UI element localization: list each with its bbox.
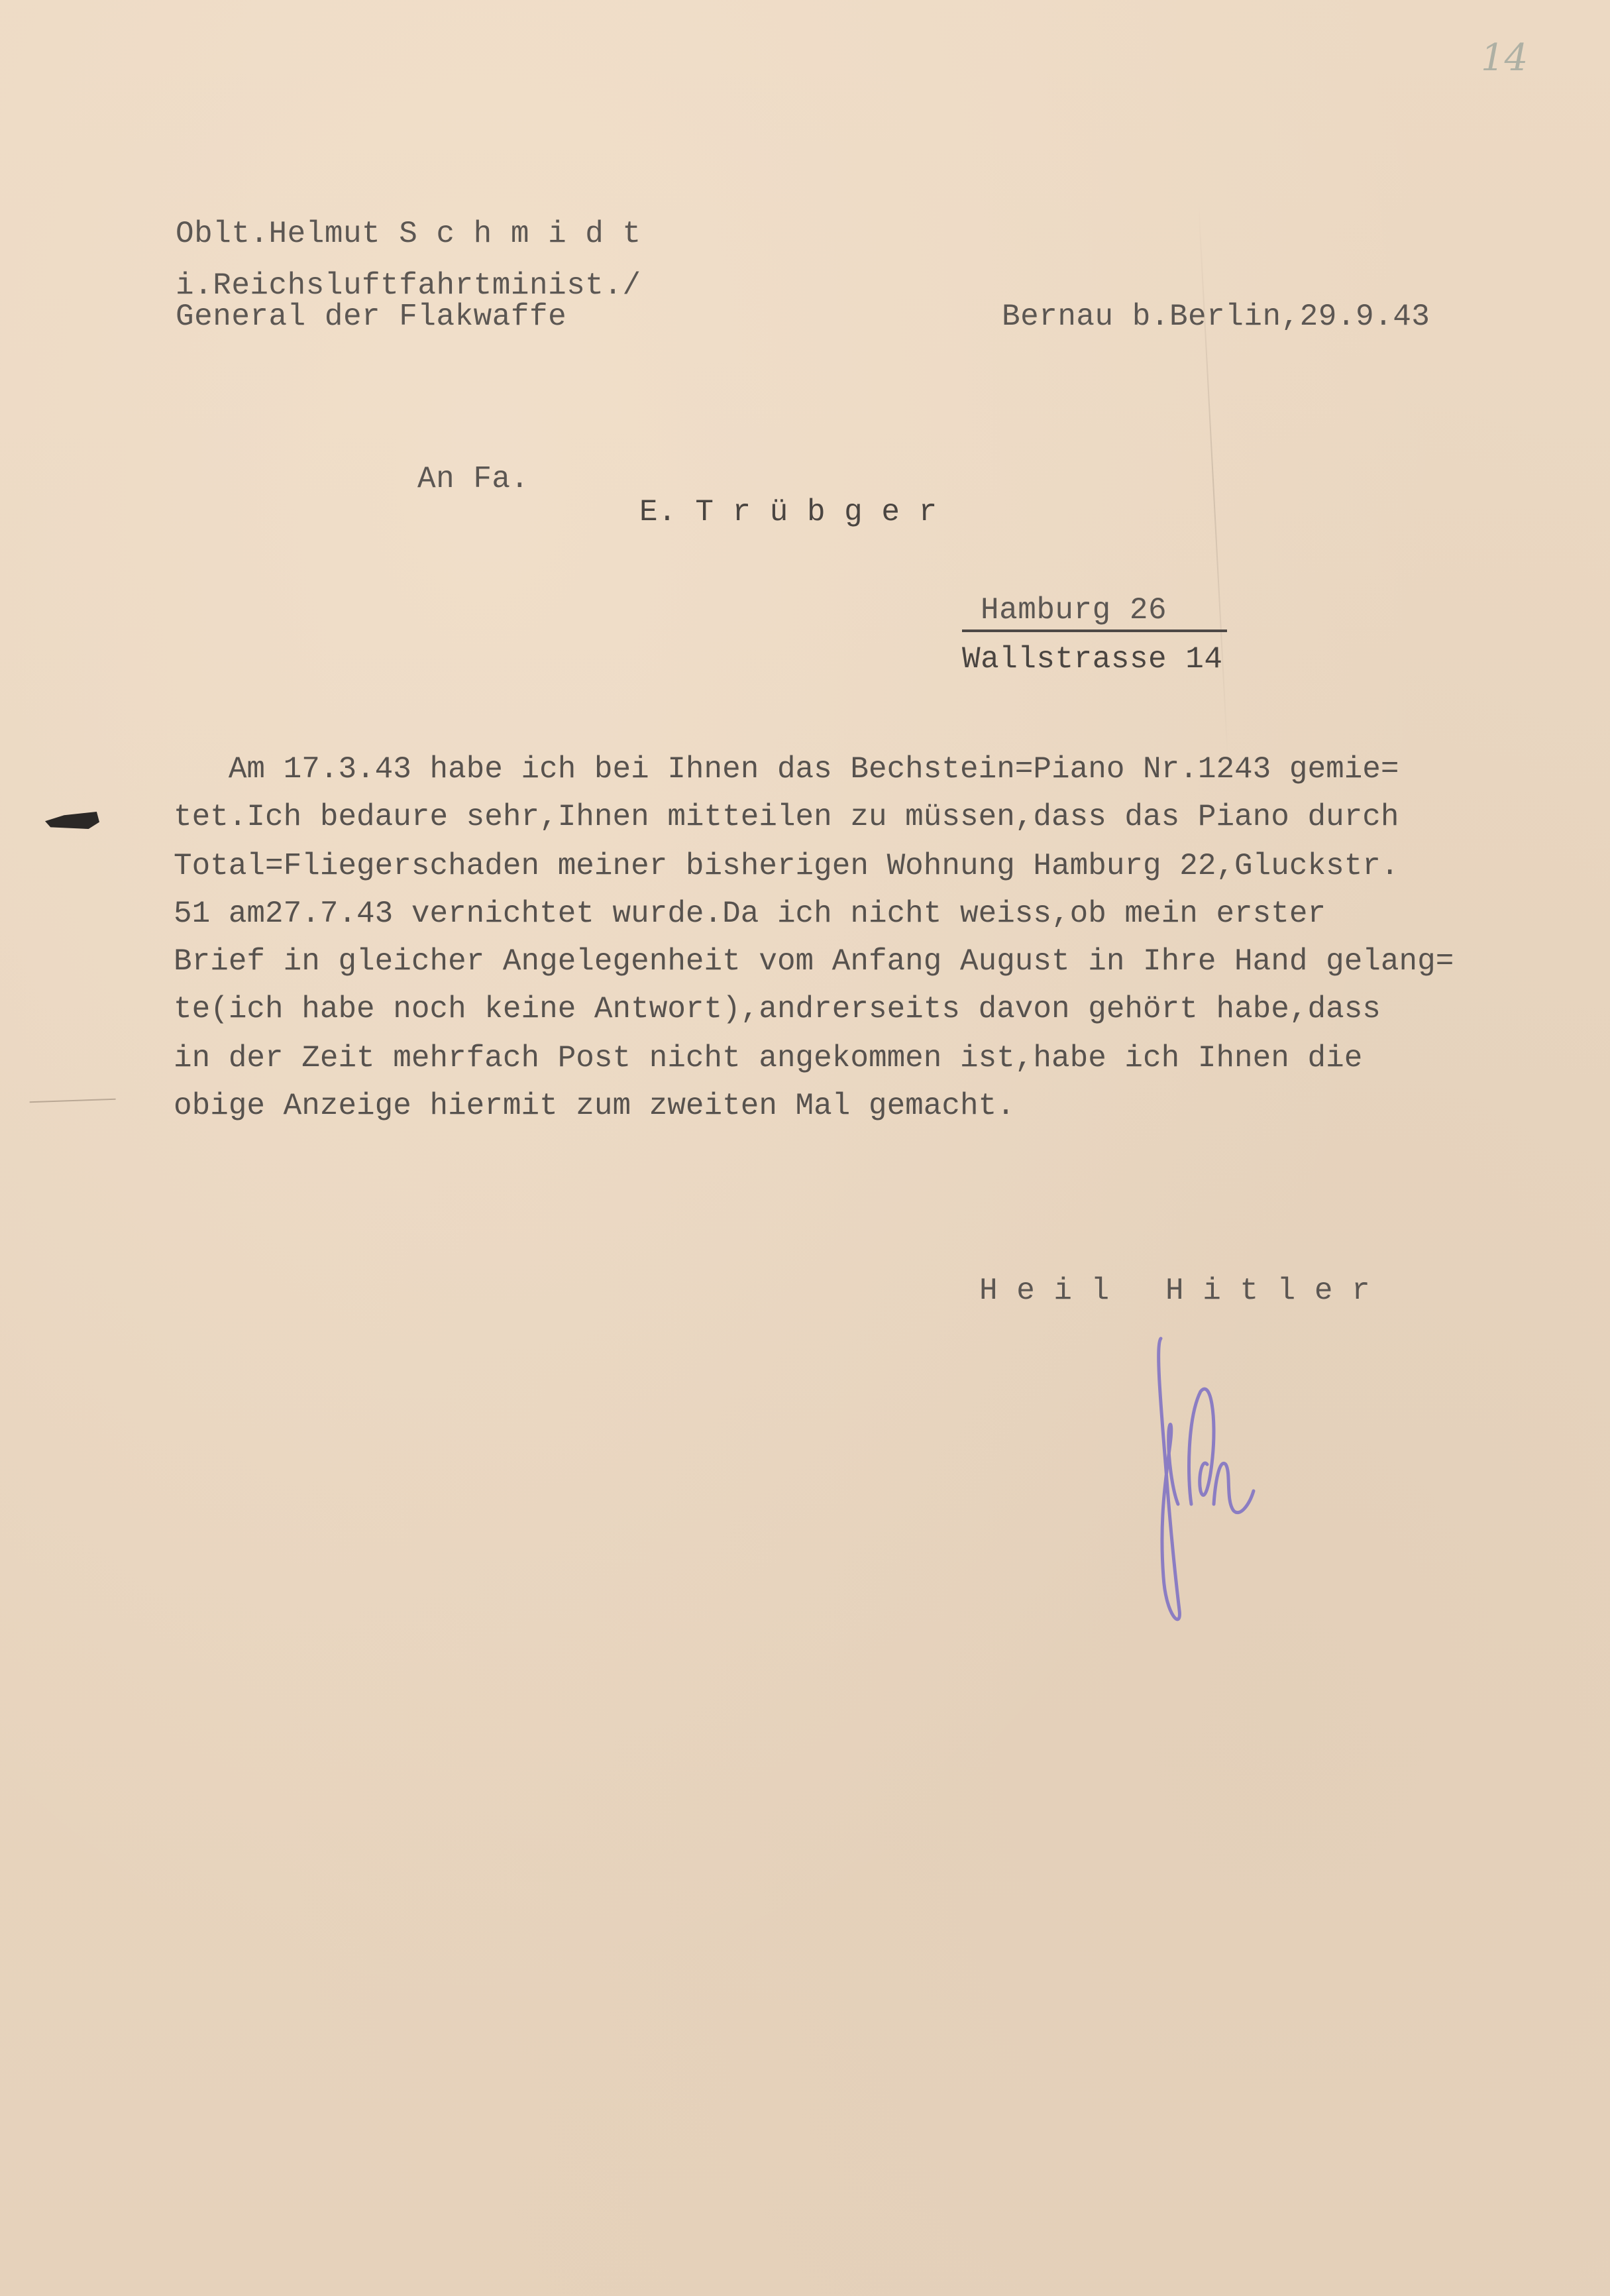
body-line: tet.Ich bedaure sehr,Ihnen mitteilen zu … bbox=[174, 802, 1399, 832]
recipient-city: Hamburg 26 bbox=[981, 595, 1167, 626]
body-line: in der Zeit mehrfach Post nicht angekomm… bbox=[174, 1043, 1362, 1073]
recipient-name: E. T r ü b g e r bbox=[639, 497, 938, 527]
body-line: te(ich habe noch keine Antwort),andrerse… bbox=[174, 994, 1381, 1024]
body-line: 51 am27.7.43 vernichtet wurde.Da ich nic… bbox=[174, 899, 1326, 929]
sender-ministry: i.Reichsluftfahrtminist./ bbox=[176, 270, 641, 301]
letter-page: 14 Oblt.Helmut S c h m i d t i.Reichsluf… bbox=[0, 0, 1610, 2296]
page-number: 14 bbox=[1481, 36, 1528, 80]
closing-greeting: H e i l H i t l e r bbox=[979, 1276, 1370, 1306]
body-line: Brief in gleicher Angelegenheit vom Anfa… bbox=[174, 946, 1454, 977]
recipient-street: Wallstrasse 14 bbox=[962, 644, 1222, 675]
paper-crease bbox=[1198, 199, 1228, 762]
handwritten-signature-icon bbox=[1126, 1325, 1299, 1630]
sender-name: Oblt.Helmut S c h m i d t bbox=[176, 219, 641, 249]
body-line: obige Anzeige hiermit zum zweiten Mal ge… bbox=[174, 1091, 1015, 1121]
paper-tear-mark bbox=[30, 1099, 117, 1118]
recipient-salutation: An Fa. bbox=[417, 464, 529, 494]
sender-department: General der Flakwaffe bbox=[176, 301, 566, 332]
body-line: Total=Fliegerschaden meiner bisherigen W… bbox=[174, 851, 1399, 881]
place-date: Bernau b.Berlin,29.9.43 bbox=[1002, 301, 1430, 332]
punch-hole-mark bbox=[45, 812, 99, 829]
body-line: Am 17.3.43 habe ich bei Ihnen das Bechst… bbox=[174, 754, 1399, 785]
city-underline bbox=[962, 629, 1227, 632]
